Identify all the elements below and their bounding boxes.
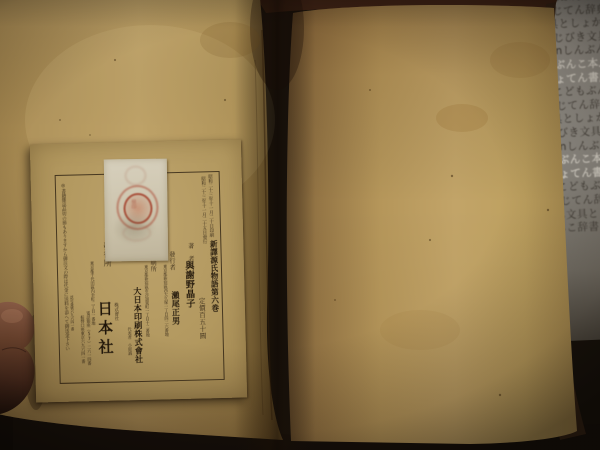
author-label: 著 者 bbox=[186, 243, 193, 263]
seal-text: 検印 bbox=[130, 199, 137, 209]
issuer-phone: 電話銀座（57）二六一四番 bbox=[86, 311, 92, 365]
issuer-name: 日本社 bbox=[96, 301, 113, 358]
photo-of-open-book: nbunkoほんぶんこども んぼん書店じてん辞典ぶ shoten文具としょかん … bbox=[0, 0, 600, 450]
publisher-name: 瀨尾正男 bbox=[171, 291, 180, 325]
author-name: 與謝野晶子 bbox=[183, 261, 194, 309]
license-number-note: 認可番號六九六四一番 bbox=[70, 296, 75, 331]
printer-representative: 代表者 小原誠 bbox=[127, 327, 132, 355]
issuer-postal-account: 振替口座東京六九六四一番 bbox=[80, 315, 85, 363]
colophon-card: 昭和二十三年十一月二十日印刷 昭和二十三年十一月二十五日發行 新譯源氏物語第六巻… bbox=[30, 139, 247, 402]
book-title: 新譯源氏物語第六巻 bbox=[209, 240, 219, 312]
publisher-address: 東京都新宿區西大久保一丁目四二六番地 bbox=[163, 264, 169, 336]
publish-date: 昭和二十三年十一月二十五日發行 bbox=[200, 176, 206, 244]
publisher-label: 發行者 bbox=[168, 251, 175, 271]
price: 定價百五十圓 bbox=[198, 297, 206, 339]
inspection-stamp-slip: 検印 bbox=[104, 159, 168, 262]
slip-ink-smudge bbox=[112, 211, 156, 246]
thumb-knuckle-highlight bbox=[1, 309, 23, 323]
printer-address: 東京都新宿區市谷加賀町一丁目十二番地 bbox=[144, 265, 150, 337]
seal-faint-mark-top bbox=[125, 166, 146, 185]
print-date: 昭和二十三年十一月二十日印刷 bbox=[207, 174, 213, 237]
printer-name: 大日本印刷株式會社 bbox=[132, 287, 142, 364]
